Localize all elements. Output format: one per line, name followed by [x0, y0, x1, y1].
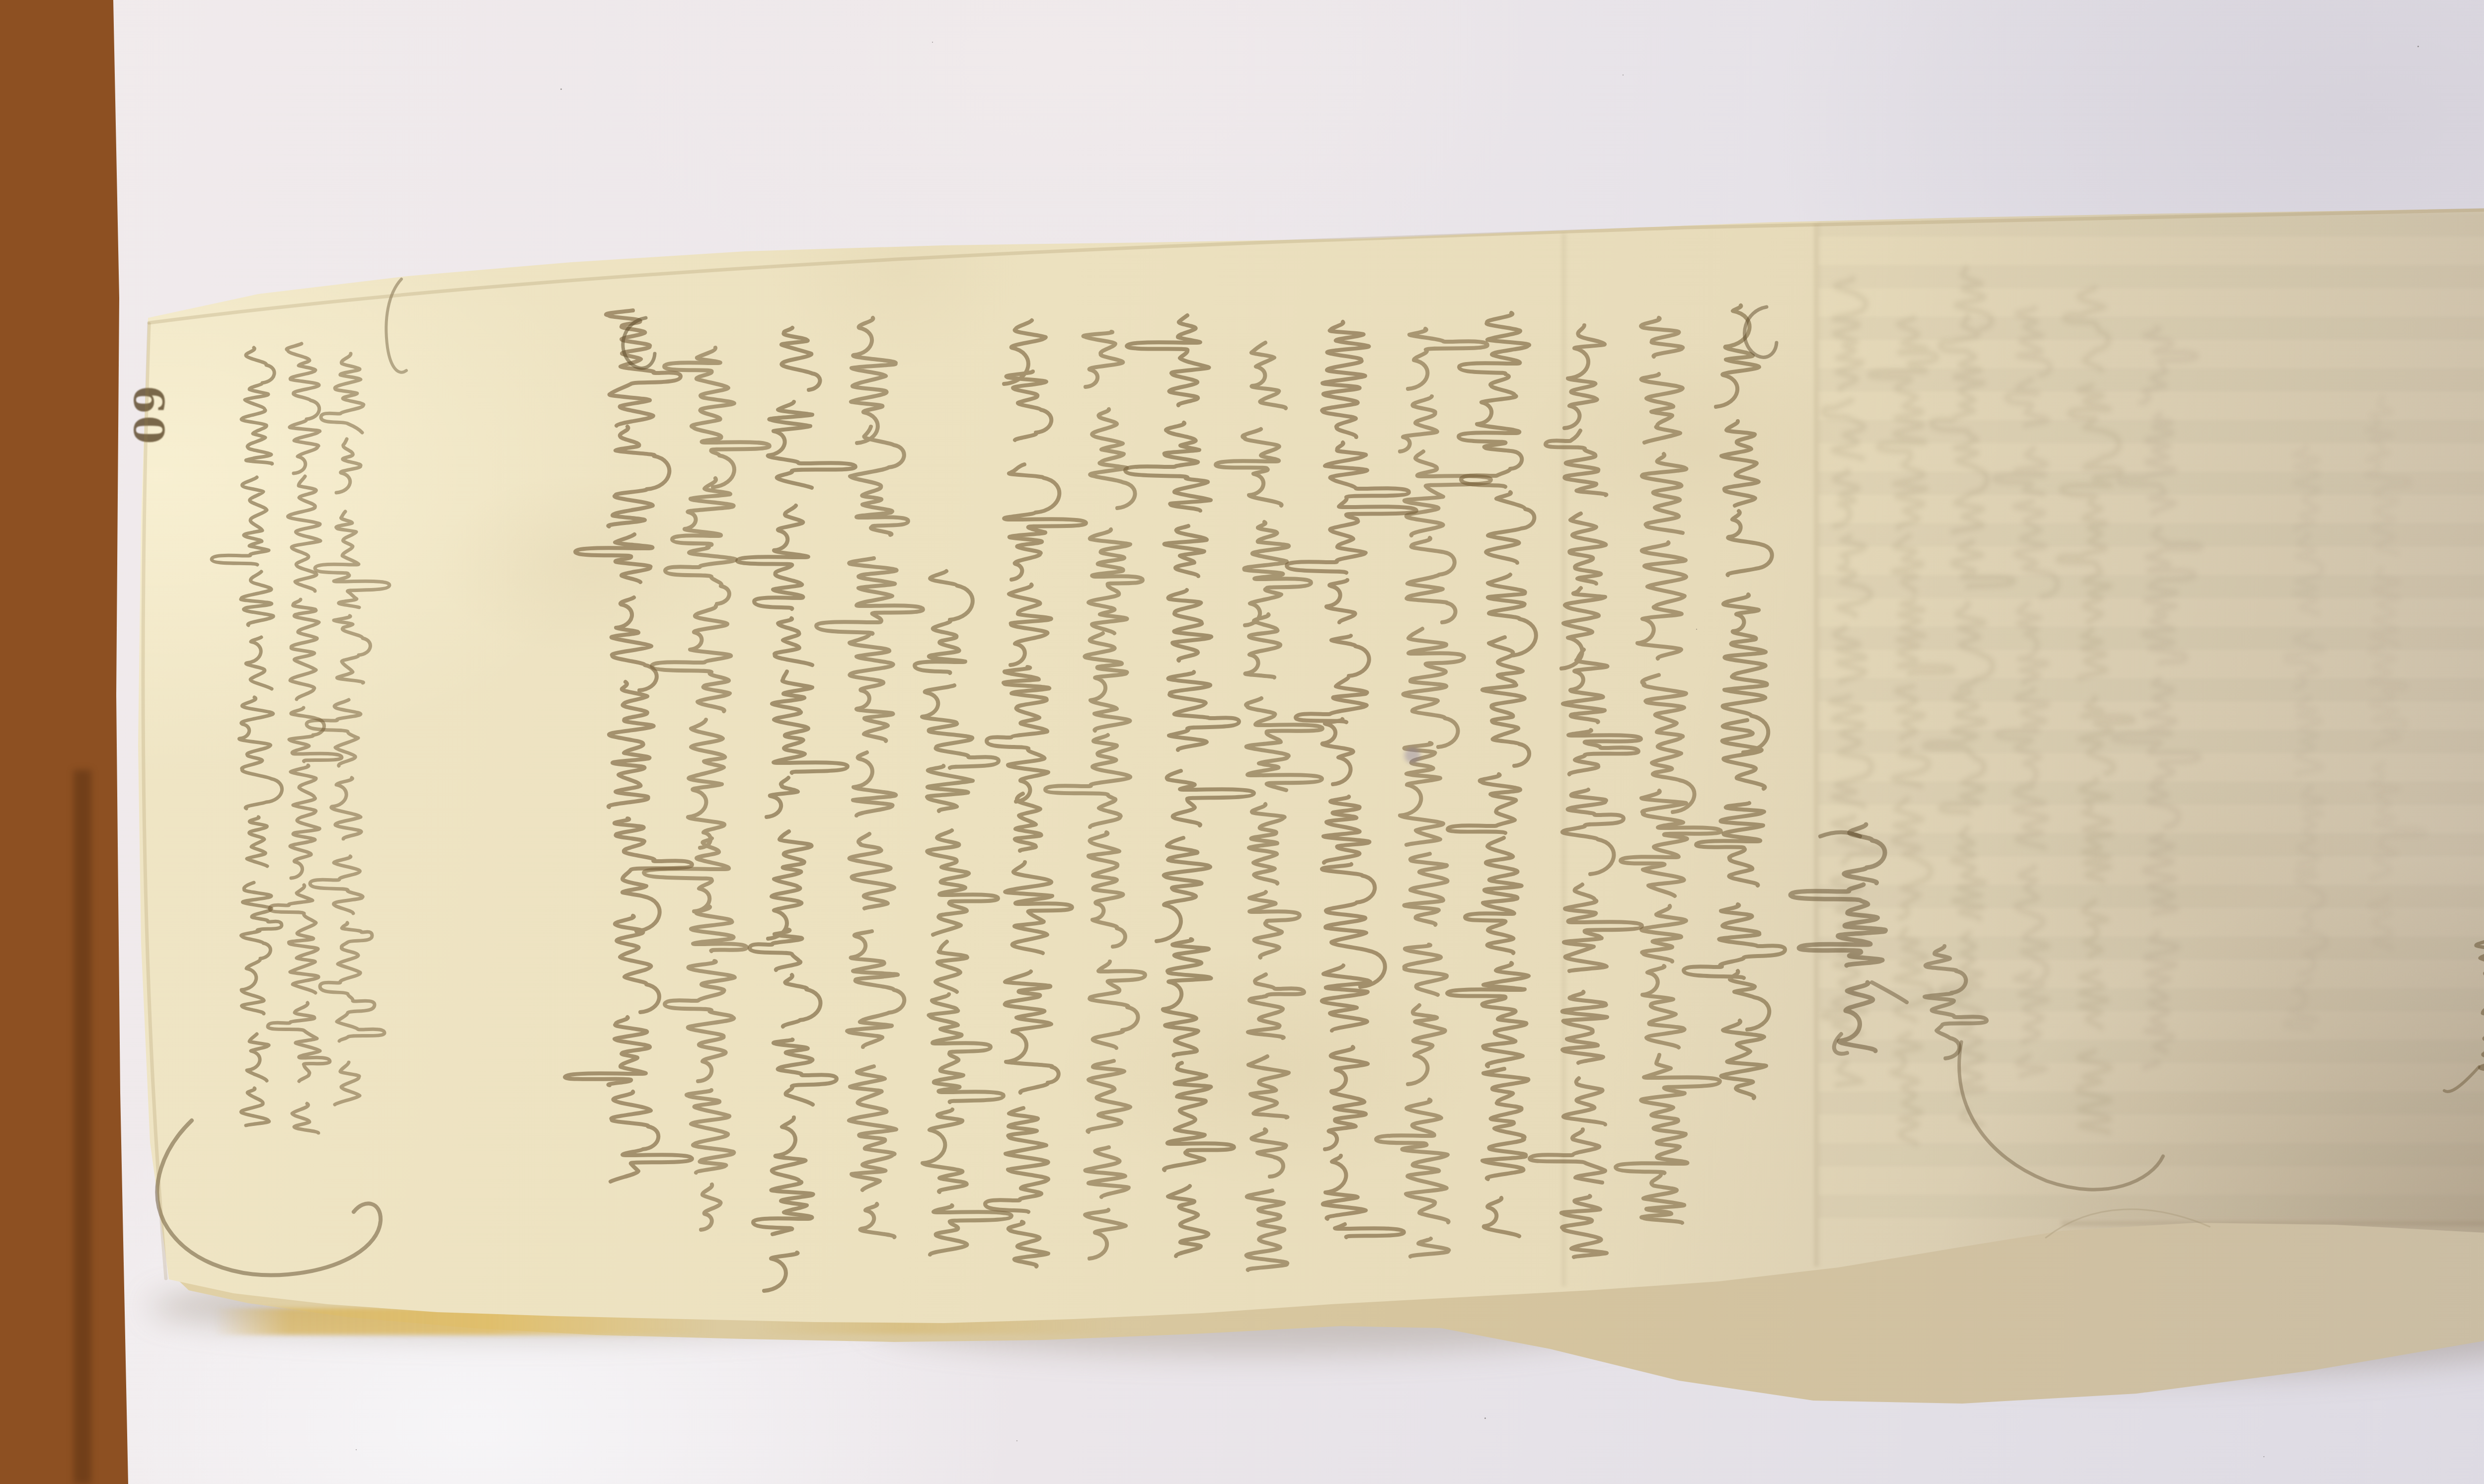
dust-speck — [560, 88, 562, 90]
photo-scene: 60 — [0, 0, 2484, 1484]
dust-speck — [1016, 1440, 1017, 1441]
dust-speck — [1623, 74, 1624, 75]
handwriting-ink-layer — [0, 0, 2484, 1484]
dust-speck — [1484, 1417, 1486, 1419]
dust-speck — [2263, 1456, 2264, 1457]
dust-speck — [932, 42, 933, 43]
dust-speck — [2417, 46, 2419, 47]
dust-speck — [1696, 629, 1697, 630]
dust-speck — [356, 1449, 357, 1450]
